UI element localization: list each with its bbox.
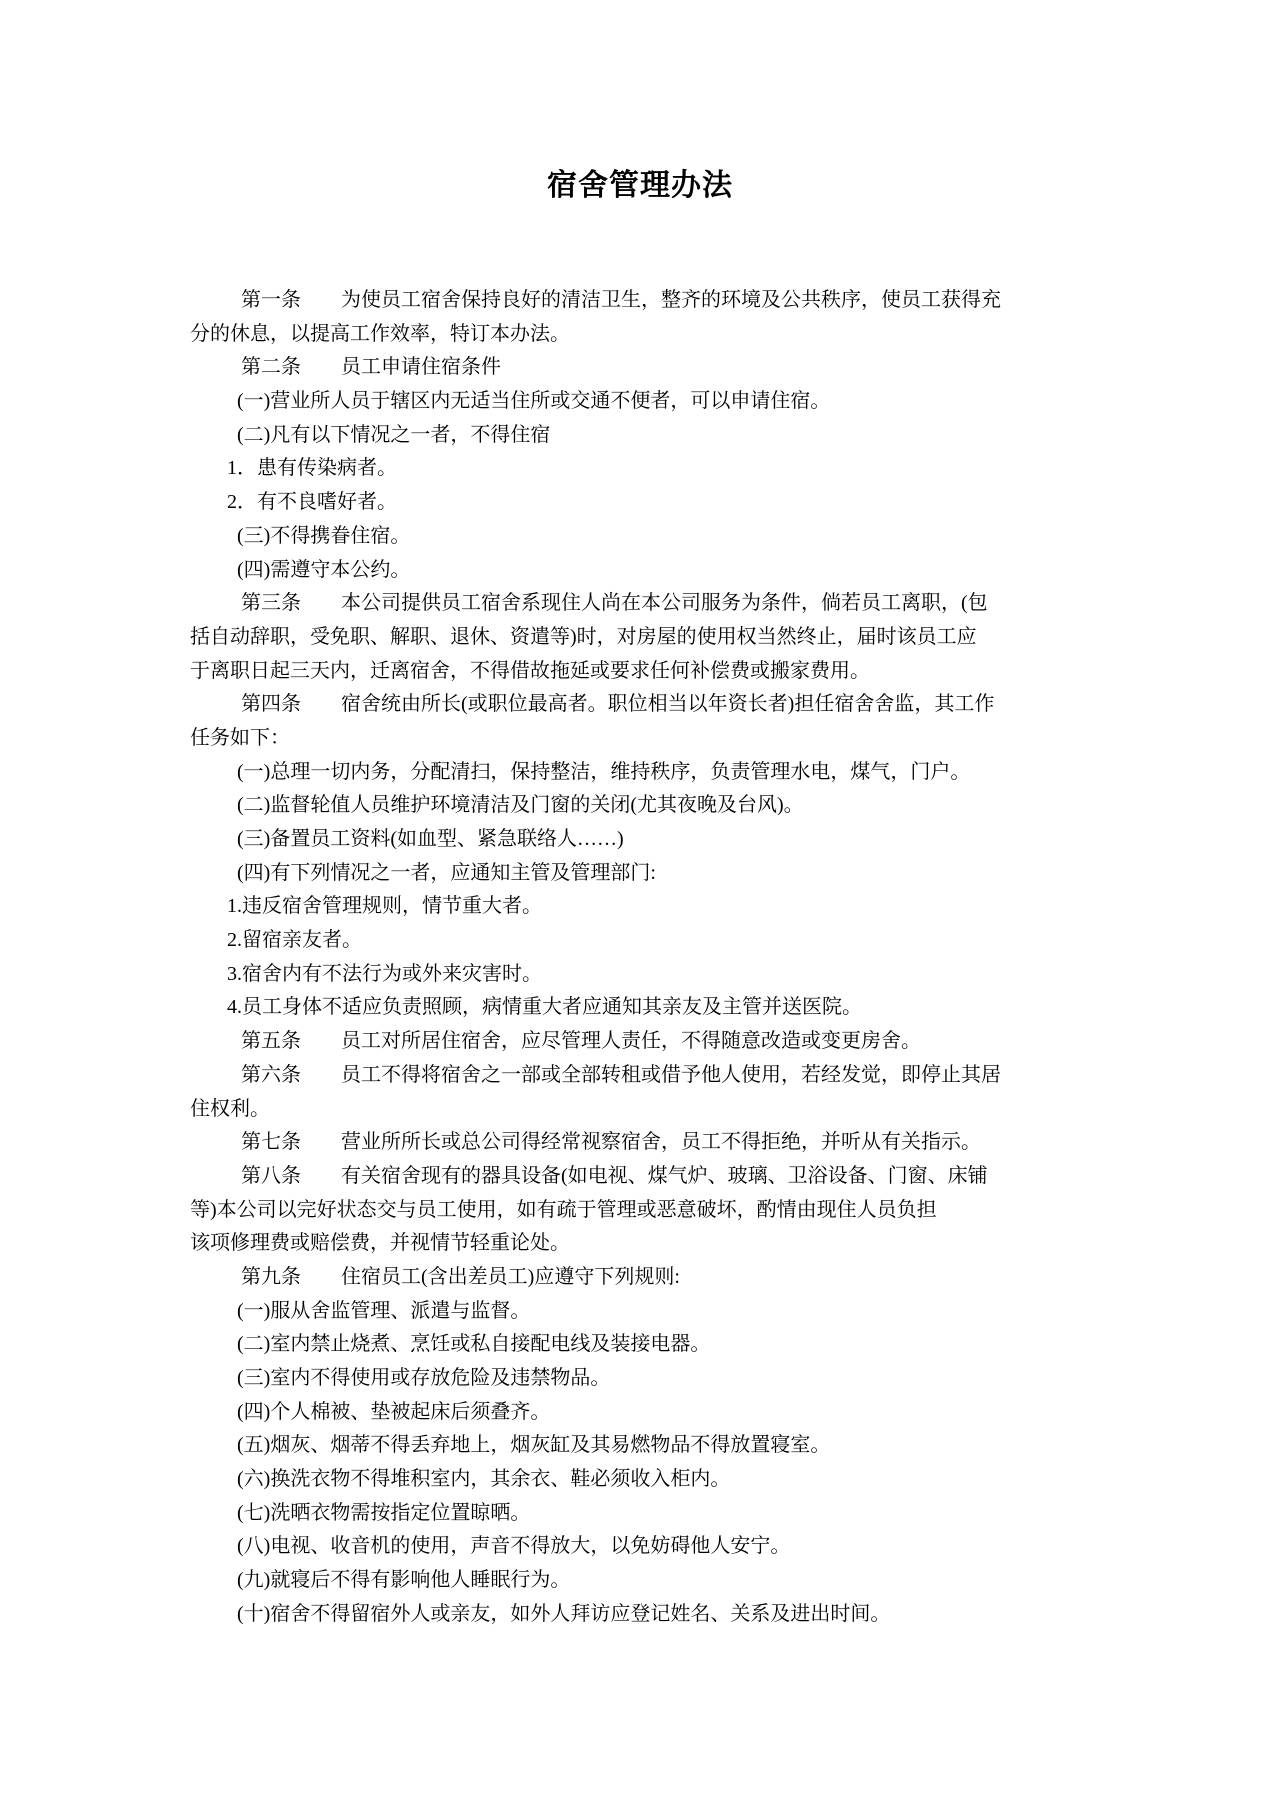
document-line: (三)不得携眷住宿。 [190, 520, 1100, 554]
document-line: (三)备置员工资料(如血型、紧急联络人……) [190, 823, 1100, 857]
document-line: (五)烟灰、烟蒂不得丢弃地上，烟灰缸及其易燃物品不得放置寝室。 [190, 1429, 1100, 1463]
document-line: (三)室内不得使用或存放危险及违禁物品。 [190, 1362, 1100, 1396]
document-line: (九)就寝后不得有影响他人睡眠行为。 [190, 1564, 1100, 1598]
document-line: (八)电视、收音机的使用，声音不得放大，以免妨碍他人安宁。 [190, 1530, 1100, 1564]
document-line: 第七条 营业所所长或总公司得经常视察宿舍，员工不得拒绝，并听从有关指示。 [190, 1126, 1100, 1160]
document-line: (七)洗晒衣物需按指定位置晾晒。 [190, 1497, 1100, 1531]
document-line: 第六条 员工不得将宿舍之一部或全部转租或借予他人使用，若经发觉，即停止其居 [190, 1059, 1100, 1093]
document-line: 于离职日起三天内，迁离宿舍，不得借故拖延或要求任何补偿费或搬家费用。 [190, 655, 1100, 689]
document-line: (十)宿舍不得留宿外人或亲友，如外人拜访应登记姓名、关系及进出时间。 [190, 1598, 1100, 1632]
document-line: 分的休息，以提高工作效率，特订本办法。 [190, 318, 1100, 352]
document-line: 第五条 员工对所居住宿舍，应尽管理人责任，不得随意改造或变更房舍。 [190, 1025, 1100, 1059]
document-line: 2．有不良嗜好者。 [190, 486, 1100, 520]
document-line: 该项修理费或赔偿费，并视情节轻重论处。 [190, 1227, 1100, 1261]
document-line: (二)监督轮值人员维护环境清洁及门窗的关闭(尤其夜晚及台风)。 [190, 789, 1100, 823]
document-line: 等)本公司以完好状态交与员工使用，如有疏于管理或恶意破坏，酌情由现住人员负担 [190, 1194, 1100, 1228]
document-line: 第四条 宿舍统由所长(或职位最高者。职位相当以年资长者)担任宿舍舍监，其工作 [190, 688, 1100, 722]
document-line: (四)有下列情况之一者，应通知主管及管理部门: [190, 857, 1100, 891]
document-line: (四)需遵守本公约。 [190, 554, 1100, 588]
document-line: 第二条 员工申请住宿条件 [190, 351, 1100, 385]
document-body: 第一条 为使员工宿舍保持良好的清洁卫生，整齐的环境及公共秩序，使员工获得充分的休… [190, 284, 1100, 1632]
document-page: 宿舍管理办法 第一条 为使员工宿舍保持良好的清洁卫生，整齐的环境及公共秩序，使员… [0, 0, 1280, 1810]
document-title: 宿舍管理办法 [0, 168, 1280, 204]
document-line: (一)营业所人员于辖区内无适当住所或交通不便者，可以申请住宿。 [190, 385, 1100, 419]
document-line: (六)换洗衣物不得堆积室内，其余衣、鞋必须收入柜内。 [190, 1463, 1100, 1497]
document-line: (二)室内禁止烧煮、烹饪或私自接配电线及装接电器。 [190, 1328, 1100, 1362]
document-line: 1.违反宿舍管理规则，情节重大者。 [190, 890, 1100, 924]
document-line: 第一条 为使员工宿舍保持良好的清洁卫生，整齐的环境及公共秩序，使员工获得充 [190, 284, 1100, 318]
document-line: 第八条 有关宿舍现有的器具设备(如电视、煤气炉、玻璃、卫浴设备、门窗、床铺 [190, 1160, 1100, 1194]
document-line: 2.留宿亲友者。 [190, 924, 1100, 958]
document-line: 3.宿舍内有不法行为或外来灾害时。 [190, 958, 1100, 992]
document-line: 任务如下： [190, 722, 1100, 756]
document-line: 4.员工身体不适应负责照顾，病情重大者应通知其亲友及主管并送医院。 [190, 991, 1100, 1025]
document-line: 括自动辞职，受免职、解职、退休、资遣等)时，对房屋的使用权当然终止，届时该员工应 [190, 621, 1100, 655]
document-line: (四)个人棉被、垫被起床后须叠齐。 [190, 1396, 1100, 1430]
document-line: 住权利。 [190, 1093, 1100, 1127]
document-line: (一)总理一切内务，分配清扫，保持整洁，维持秩序，负责管理水电，煤气，门户。 [190, 756, 1100, 790]
document-line: (一)服从舍监管理、派遣与监督。 [190, 1295, 1100, 1329]
document-line: 第三条 本公司提供员工宿舍系现住人尚在本公司服务为条件，倘若员工离职，(包 [190, 587, 1100, 621]
document-line: 1．患有传染病者。 [190, 452, 1100, 486]
document-line: 第九条 住宿员工(含出差员工)应遵守下列规则: [190, 1261, 1100, 1295]
document-line: (二)凡有以下情况之一者，不得住宿 [190, 419, 1100, 453]
